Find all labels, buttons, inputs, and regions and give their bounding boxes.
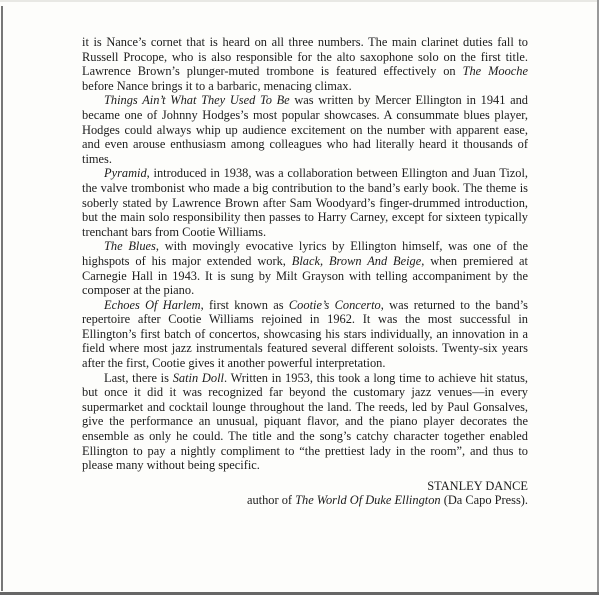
credit-book-title: The World Of Duke Ellington [295,493,440,507]
italic-title: Cootie’s Concerto [289,298,381,312]
credit-prefix: author of [247,493,295,507]
paragraph: Last, there is Satin Doll. Written in 19… [82,371,528,473]
paragraph-list: it is Nance’s cornet that is heard on al… [82,35,528,473]
italic-title: Things Ain’t What They Used To Be [104,93,290,107]
text-run: Last, there is [104,371,173,385]
paragraph: it is Nance’s cornet that is heard on al… [82,35,528,93]
paragraph: Echoes Of Harlem, first known as Cootie’… [82,298,528,371]
liner-notes-body: it is Nance’s cornet that is heard on al… [82,35,528,508]
signature-block: STANLEY DANCE author of The World Of Duk… [82,479,528,508]
paragraph: Pyramid, introduced in 1938, was a colla… [82,166,528,239]
text-run: . Written in 1953, this took a long time… [82,371,528,473]
italic-title: Satin Doll [173,371,224,385]
text-run: before Nance brings it to a barbaric, me… [82,79,352,93]
liner-notes-page: it is Nance’s cornet that is heard on al… [0,0,599,595]
italic-title: The Mooche [463,64,528,78]
author-name: STANLEY DANCE [82,479,528,494]
italic-title: Black, Brown And Beige [292,254,421,268]
text-run: , first known as [201,298,289,312]
italic-title: Echoes Of Harlem [104,298,201,312]
author-credit: author of The World Of Duke Ellington (D… [82,493,528,508]
paragraph: The Blues, with movingly evocative lyric… [82,239,528,297]
italic-title: The Blues [104,239,156,253]
italic-title: Pyramid [104,166,147,180]
text-run: , introduced in 1938, was a collaboratio… [82,166,528,238]
text-run: it is Nance’s cornet that is heard on al… [82,35,528,78]
page-top-edge [0,0,599,2]
credit-suffix: (Da Capo Press). [441,493,528,507]
page-left-edge [1,6,3,591]
paragraph: Things Ain’t What They Used To Be was wr… [82,93,528,166]
